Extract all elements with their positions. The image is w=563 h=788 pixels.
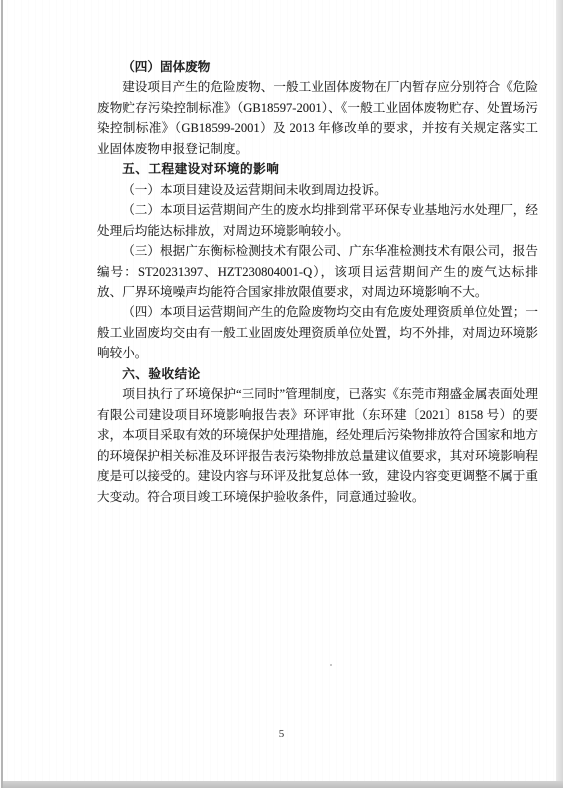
page-bottom-shadow — [3, 781, 563, 788]
paragraph-impact-item-3: （三）根据广东衡标检测技术有限公司、广东华准检测技术有限公司，报告编号：ST20… — [97, 241, 538, 302]
paragraph-acceptance-conclusion: 项目执行了环境保护“三同时”管理制度，已落实《东莞市翔盛金属表面处理有限公司建设… — [97, 384, 538, 507]
subsection-heading-solid-waste: （四）固体废物 — [97, 57, 538, 77]
section-heading-acceptance-conclusion: 六、验收结论 — [97, 364, 538, 384]
page-number: 5 — [0, 728, 563, 740]
paragraph-impact-item-2: （二）本项目运营期间产生的废水均排到常平环保专业基地污水处理厂，经处理后均能达标… — [97, 200, 538, 241]
page-right-edge — [556, 0, 563, 788]
section-heading-environment-impact: 五、工程建设对环境的影响 — [97, 159, 538, 179]
page-content: （四）固体废物 建设项目产生的危险废物、一般工业固体废物在厂内暂存应分别符合《危… — [97, 57, 538, 507]
paragraph-impact-item-1: （一）本项目建设及运营期间未收到周边投诉。 — [97, 180, 538, 200]
paragraph-impact-item-4: （四）本项目运营期间产生的危险废物均交由有危废处理资质单位处置；一般工业固废均交… — [97, 302, 538, 363]
document-page: （四）固体废物 建设项目产生的危险废物、一般工业固体废物在厂内暂存应分别符合《危… — [0, 0, 563, 788]
page-left-edge — [1, 0, 3, 788]
scan-speck — [330, 664, 332, 666]
paragraph-solid-waste: 建设项目产生的危险废物、一般工业固体废物在厂内暂存应分别符合《危险废物贮存污染控… — [97, 77, 538, 159]
